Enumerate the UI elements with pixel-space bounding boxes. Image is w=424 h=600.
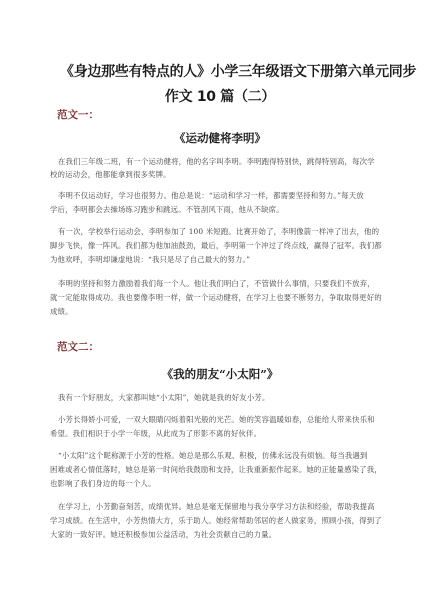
essay-2-line: “小太阳”这个昵称源于小芳的性格。她总是那么乐观、积极，仿佛永远没有烦恼。每当我… <box>58 451 386 461</box>
essay-1-line: 脚步飞快，像一阵风。我们都为他加油鼓劲，最后，李明第一个冲过了终点线，赢得了冠军… <box>50 241 386 251</box>
essay-1-line: 学后，李明都会去操场练习跑步和跳远。不管刮风下雨，他从不缺席。 <box>50 205 386 215</box>
essay-1-line: 校的运动会，他都能拿到很多奖牌。 <box>50 170 386 180</box>
essay-2-line: 学习成绩。在生活中，小芳热情大方，乐于助人。她经常帮助邻居的老人做家务，照顾小孩… <box>50 516 386 526</box>
essay-1-line: 成绩。 <box>50 307 386 317</box>
essay-2-line: 也影响了我们身边的每一个人。 <box>50 479 386 489</box>
essay-2-title: 《我的朋友“小太阳”》 <box>50 366 390 382</box>
essay-1-line: 为他欢呼，李明却谦虚地说：“我只是尽了自己最大的努力。” <box>50 255 386 265</box>
essay-2-line: 小芳长得娇小可爱，一双大眼睛闪烁着阳光般的光芒。她的笑容温暖如春，总能给人带来快… <box>58 415 386 425</box>
essay-2-label: 范文二： <box>57 339 99 354</box>
essay-1-line: 有一次，学校举行运动会，李明参加了 100 米短跑。比赛开始了，李明像箭一样冲了… <box>58 227 386 237</box>
essay-2-line: 大家的一致好评。她还积极参加公益活动，为社会贡献自己的力量。 <box>50 530 386 540</box>
document-page: 《身边那些有特点的人》小学三年级语文下册第六单元同步 作文 10 篇（二） 范文… <box>0 0 424 600</box>
essay-1-label: 范文一： <box>57 107 99 122</box>
document-title-line-2: 作文 10 篇（二） <box>60 86 380 106</box>
essay-2-line: 我有一个好朋友，大家都叫她“小太阳”，她就是我的好友小芳。 <box>58 393 386 403</box>
essay-1-line: 李明不仅运动好，学习也很努力。他总是说：“运动和学习一样，都需要坚持和努力。”每… <box>58 191 386 201</box>
document-title-line-1: 《身边那些有特点的人》小学三年级语文下册第六单元同步 <box>60 61 380 81</box>
essay-1-title: 《运动健将李明》 <box>50 130 390 146</box>
essay-1-line: 李明的坚持和努力激励着我们每一个人。他让我们明白了，不管做什么事情，只要我们不放… <box>58 279 386 289</box>
essay-1-line: 在我们三年级二班，有一个运动健将，他的名字叫李明。李明跑得特别快，跳得特别高，每… <box>58 157 386 167</box>
essay-2-line: 希望。我们相识于小学一年级，从此成为了形影不离的好伙伴。 <box>50 429 386 439</box>
essay-1-line: 就一定能取得成功。我也要像李明一样，做一个运动健将，在学习上也要不断努力，争取取… <box>50 293 386 303</box>
essay-2-line: 在学习上，小芳勤奋刻苦，成绩优异。她总是毫无保留地与我分享学习方法和经验，帮助我… <box>58 502 386 512</box>
essay-2-line: 困难或者心情低落时，她总是第一时间给我鼓励和支持，让我重新振作起来。她的正能量感… <box>50 465 386 475</box>
